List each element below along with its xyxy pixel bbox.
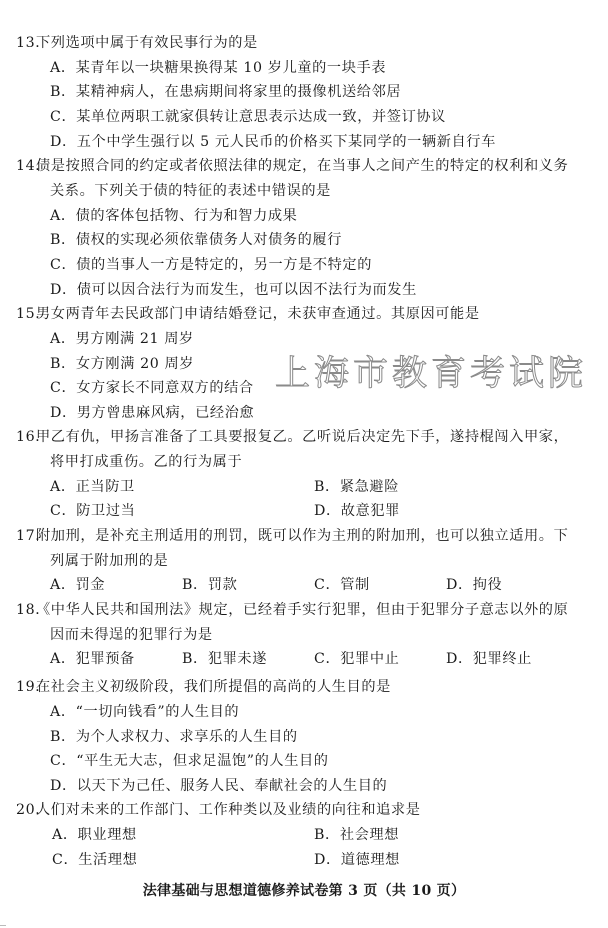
question-18-stem-cont: 因而未得逞的犯罪行为是 bbox=[50, 624, 213, 646]
option-13b: B．某精神病人，在患病期间将家里的摄像机送给邻居 bbox=[50, 81, 401, 103]
option-text: 女方家长不同意双方的结合 bbox=[76, 380, 253, 396]
option-13a: A．某青年以一块糖果换得某 10 岁儿童的一块手表 bbox=[50, 57, 386, 79]
exam-page: 上海市教育考试院 13．下列选项中属于有效民事行为的是 A．某青年以一块糖果换得… bbox=[0, 0, 608, 928]
option-20d: D．道德理想 bbox=[314, 849, 400, 871]
option-label: D． bbox=[50, 134, 77, 150]
option-13c: C．某单位两职工就家俱转让意思表示达成一致，并签订协议 bbox=[50, 106, 446, 128]
option-14c: C．债的当事人一方是特定的，另一方是不特定的 bbox=[50, 254, 372, 276]
option-label: D． bbox=[50, 778, 77, 794]
question-14-stem: 14．债是按照合同的约定或者依照法律的规定，在当事人之间产生的特定的权利和义务 bbox=[16, 155, 568, 177]
option-label: A． bbox=[50, 60, 76, 76]
option-text: 犯罪预备 bbox=[76, 651, 135, 667]
option-label: D． bbox=[314, 852, 341, 868]
option-label: A． bbox=[50, 704, 76, 720]
page-footer: 法律基础与思想道德修养试卷第 3 页（共 10 页） bbox=[0, 880, 608, 902]
option-text: 道德理想 bbox=[341, 852, 400, 868]
option-label: D． bbox=[446, 651, 473, 667]
option-text: 债的当事人一方是特定的，另一方是不特定的 bbox=[76, 257, 372, 273]
option-18b: B．犯罪未遂 bbox=[182, 648, 267, 670]
option-text: 故意犯罪 bbox=[341, 503, 400, 519]
option-text: 正当防卫 bbox=[76, 479, 135, 495]
option-15c: C．女方家长不同意双方的结合 bbox=[50, 377, 254, 399]
question-number: 15． bbox=[16, 303, 36, 325]
options-row-18: A．犯罪预备 B．犯罪未遂 C．犯罪中止 D．犯罪终止 bbox=[0, 648, 608, 670]
option-text: “平生无大志，但求足温饱”的人生目的 bbox=[76, 753, 328, 769]
option-18c: C．犯罪中止 bbox=[314, 648, 399, 670]
option-20a: A．职业理想 bbox=[52, 824, 137, 846]
question-number: 17． bbox=[16, 525, 36, 547]
question-13-stem: 13．下列选项中属于有效民事行为的是 bbox=[16, 32, 258, 54]
option-text: 犯罪中止 bbox=[340, 651, 399, 667]
option-text: 防卫过当 bbox=[76, 503, 135, 519]
option-16c: C．防卫过当 bbox=[50, 500, 135, 522]
option-17a: A．罚金 bbox=[50, 574, 105, 596]
option-text: 债的客体包括物、行为和智力成果 bbox=[76, 208, 298, 224]
option-text: 犯罪终止 bbox=[473, 651, 532, 667]
scan-edge-mark bbox=[0, 925, 6, 926]
option-label: B． bbox=[50, 84, 76, 100]
option-14d: D．债可以因合法行为而发生，也可以因不法行为而发生 bbox=[50, 279, 417, 301]
option-16b: B．紧急避险 bbox=[314, 476, 399, 498]
option-19a: A．“一切向钱看”的人生目的 bbox=[50, 701, 239, 723]
option-label: B． bbox=[50, 729, 76, 745]
option-label: A． bbox=[50, 208, 76, 224]
question-number: 19． bbox=[16, 676, 36, 698]
option-15a: A．男方刚满 21 周岁 bbox=[50, 328, 194, 350]
option-14b: B．债权的实现必须依靠债务人对债务的履行 bbox=[50, 229, 342, 251]
option-label: B． bbox=[50, 356, 76, 372]
stem-text: 人们对未来的工作部门、工作种类以及业绩的向往和追求是 bbox=[36, 802, 420, 818]
question-15-stem: 15．男女两青年去民政部门申请结婚登记，未获审查通过。其原因可能是 bbox=[16, 303, 480, 325]
option-label: B． bbox=[314, 827, 340, 843]
option-text: 紧急避险 bbox=[340, 479, 399, 495]
question-number: 20． bbox=[16, 799, 36, 821]
option-text: 职业理想 bbox=[78, 827, 137, 843]
question-16-stem: 16．甲乙有仇，甲扬言准备了工具要报复乙。乙听说后决定先下手，遂持棍闯入甲家， bbox=[16, 426, 568, 448]
option-text: 男方曾患麻风病，已经治愈 bbox=[77, 405, 254, 421]
option-13d: D．五个中学生强行以 5 元人民币的价格买下某同学的一辆新自行车 bbox=[50, 131, 496, 153]
stem-text: 债是按照合同的约定或者依照法律的规定，在当事人之间产生的特定的权利和义务 bbox=[36, 158, 568, 174]
option-label: A． bbox=[50, 577, 76, 593]
option-16d: D．故意犯罪 bbox=[314, 500, 400, 522]
option-label: D． bbox=[50, 282, 77, 298]
option-text: 五个中学生强行以 5 元人民币的价格买下某同学的一辆新自行车 bbox=[77, 134, 496, 150]
option-18a: A．犯罪预备 bbox=[50, 648, 135, 670]
option-label: B． bbox=[314, 479, 340, 495]
option-text: 某青年以一块糖果换得某 10 岁儿童的一块手表 bbox=[76, 60, 386, 76]
option-label: A． bbox=[50, 479, 76, 495]
stem-text: 甲乙有仇，甲扬言准备了工具要报复乙。乙听说后决定先下手，遂持棍闯入甲家， bbox=[36, 429, 568, 445]
watermark: 上海市教育考试院 bbox=[275, 352, 587, 396]
option-label: A． bbox=[52, 827, 78, 843]
options-row-16-ab: A．正当防卫 B．紧急避险 bbox=[0, 476, 608, 498]
options-row-20-ab: A．职业理想 B．社会理想 bbox=[0, 824, 608, 846]
option-text: 管制 bbox=[340, 577, 370, 593]
option-label: D． bbox=[50, 405, 77, 421]
option-20b: B．社会理想 bbox=[314, 824, 399, 846]
option-label: B． bbox=[50, 232, 76, 248]
option-label: C． bbox=[314, 651, 340, 667]
stem-text: 《中华人民共和国刑法》规定，已经着手实行犯罪，但由于犯罪分子意志以外的原 bbox=[36, 602, 568, 618]
question-number: 16． bbox=[16, 426, 36, 448]
option-14a: A．债的客体包括物、行为和智力成果 bbox=[50, 205, 297, 227]
options-row-16-cd: C．防卫过当 D．故意犯罪 bbox=[0, 500, 608, 522]
option-text: 以天下为己任、服务人民、奉献社会的人生目的 bbox=[77, 778, 388, 794]
option-text: 生活理想 bbox=[78, 852, 137, 868]
option-text: 女方刚满 20 周岁 bbox=[76, 356, 194, 372]
option-text: 债权的实现必须依靠债务人对债务的履行 bbox=[76, 232, 342, 248]
stem-text: 附加刑，是补充主刑适用的刑罚，既可以作为主刑的附加刑，也可以独立适用。下 bbox=[36, 528, 568, 544]
option-label: C． bbox=[50, 380, 76, 396]
option-18d: D．犯罪终止 bbox=[446, 648, 532, 670]
option-17c: C．管制 bbox=[314, 574, 370, 596]
options-row-17: A．罚金 B．罚款 C．管制 D．拘役 bbox=[0, 574, 608, 596]
option-15d: D．男方曾患麻风病，已经治愈 bbox=[50, 402, 254, 424]
question-number: 18． bbox=[16, 599, 36, 621]
option-label: A． bbox=[50, 331, 76, 347]
option-text: 罚款 bbox=[208, 577, 238, 593]
stem-text: 在社会主义初级阶段，我们所提倡的高尚的人生目的是 bbox=[36, 679, 391, 695]
option-text: 债可以因合法行为而发生，也可以因不法行为而发生 bbox=[77, 282, 417, 298]
option-text: 为个人求权力、求享乐的人生目的 bbox=[76, 729, 298, 745]
question-number: 13． bbox=[16, 32, 36, 54]
option-20c: C．生活理想 bbox=[52, 849, 137, 871]
question-16-stem-cont: 将甲打成重伤。乙的行为属于 bbox=[50, 451, 242, 473]
option-16a: A．正当防卫 bbox=[50, 476, 135, 498]
option-label: B． bbox=[182, 577, 208, 593]
option-text: “一切向钱看”的人生目的 bbox=[76, 704, 240, 720]
option-label: C． bbox=[52, 852, 78, 868]
option-label: C． bbox=[50, 109, 76, 125]
option-text: 罚金 bbox=[76, 577, 106, 593]
option-text: 犯罪未遂 bbox=[208, 651, 267, 667]
option-text: 某单位两职工就家俱转让意思表示达成一致，并签订协议 bbox=[76, 109, 446, 125]
option-label: D． bbox=[446, 577, 473, 593]
option-text: 社会理想 bbox=[340, 827, 399, 843]
stem-text: 下列选项中属于有效民事行为的是 bbox=[36, 35, 258, 51]
question-number: 14． bbox=[16, 155, 36, 177]
option-15b: B．女方刚满 20 周岁 bbox=[50, 353, 194, 375]
option-19b: B．为个人求权力、求享乐的人生目的 bbox=[50, 726, 298, 748]
option-text: 某精神病人，在患病期间将家里的摄像机送给邻居 bbox=[76, 84, 401, 100]
question-17-stem-cont: 列属于附加刑的是 bbox=[50, 550, 168, 572]
question-20-stem: 20．人们对未来的工作部门、工作种类以及业绩的向往和追求是 bbox=[16, 799, 420, 821]
option-19c: C．“平生无大志，但求足温饱”的人生目的 bbox=[50, 750, 329, 772]
option-text: 男方刚满 21 周岁 bbox=[76, 331, 194, 347]
option-label: C． bbox=[314, 577, 340, 593]
option-label: A． bbox=[50, 651, 76, 667]
option-label: C． bbox=[50, 257, 76, 273]
option-label: C． bbox=[50, 503, 76, 519]
stem-text: 男女两青年去民政部门申请结婚登记，未获审查通过。其原因可能是 bbox=[36, 306, 480, 322]
question-19-stem: 19．在社会主义初级阶段，我们所提倡的高尚的人生目的是 bbox=[16, 676, 391, 698]
option-19d: D．以天下为己任、服务人民、奉献社会的人生目的 bbox=[50, 775, 387, 797]
option-17b: B．罚款 bbox=[182, 574, 237, 596]
option-17d: D．拘役 bbox=[446, 574, 502, 596]
options-row-20-cd: C．生活理想 D．道德理想 bbox=[0, 849, 608, 871]
option-label: B． bbox=[182, 651, 208, 667]
option-label: D． bbox=[314, 503, 341, 519]
question-18-stem: 18．《中华人民共和国刑法》规定，已经着手实行犯罪，但由于犯罪分子意志以外的原 bbox=[16, 599, 568, 621]
question-17-stem: 17．附加刑，是补充主刑适用的刑罚，既可以作为主刑的附加刑，也可以独立适用。下 bbox=[16, 525, 568, 547]
option-text: 拘役 bbox=[473, 577, 503, 593]
question-14-stem-cont: 关系。下列关于债的特征的表述中错误的是 bbox=[50, 180, 331, 202]
option-label: C． bbox=[50, 753, 76, 769]
